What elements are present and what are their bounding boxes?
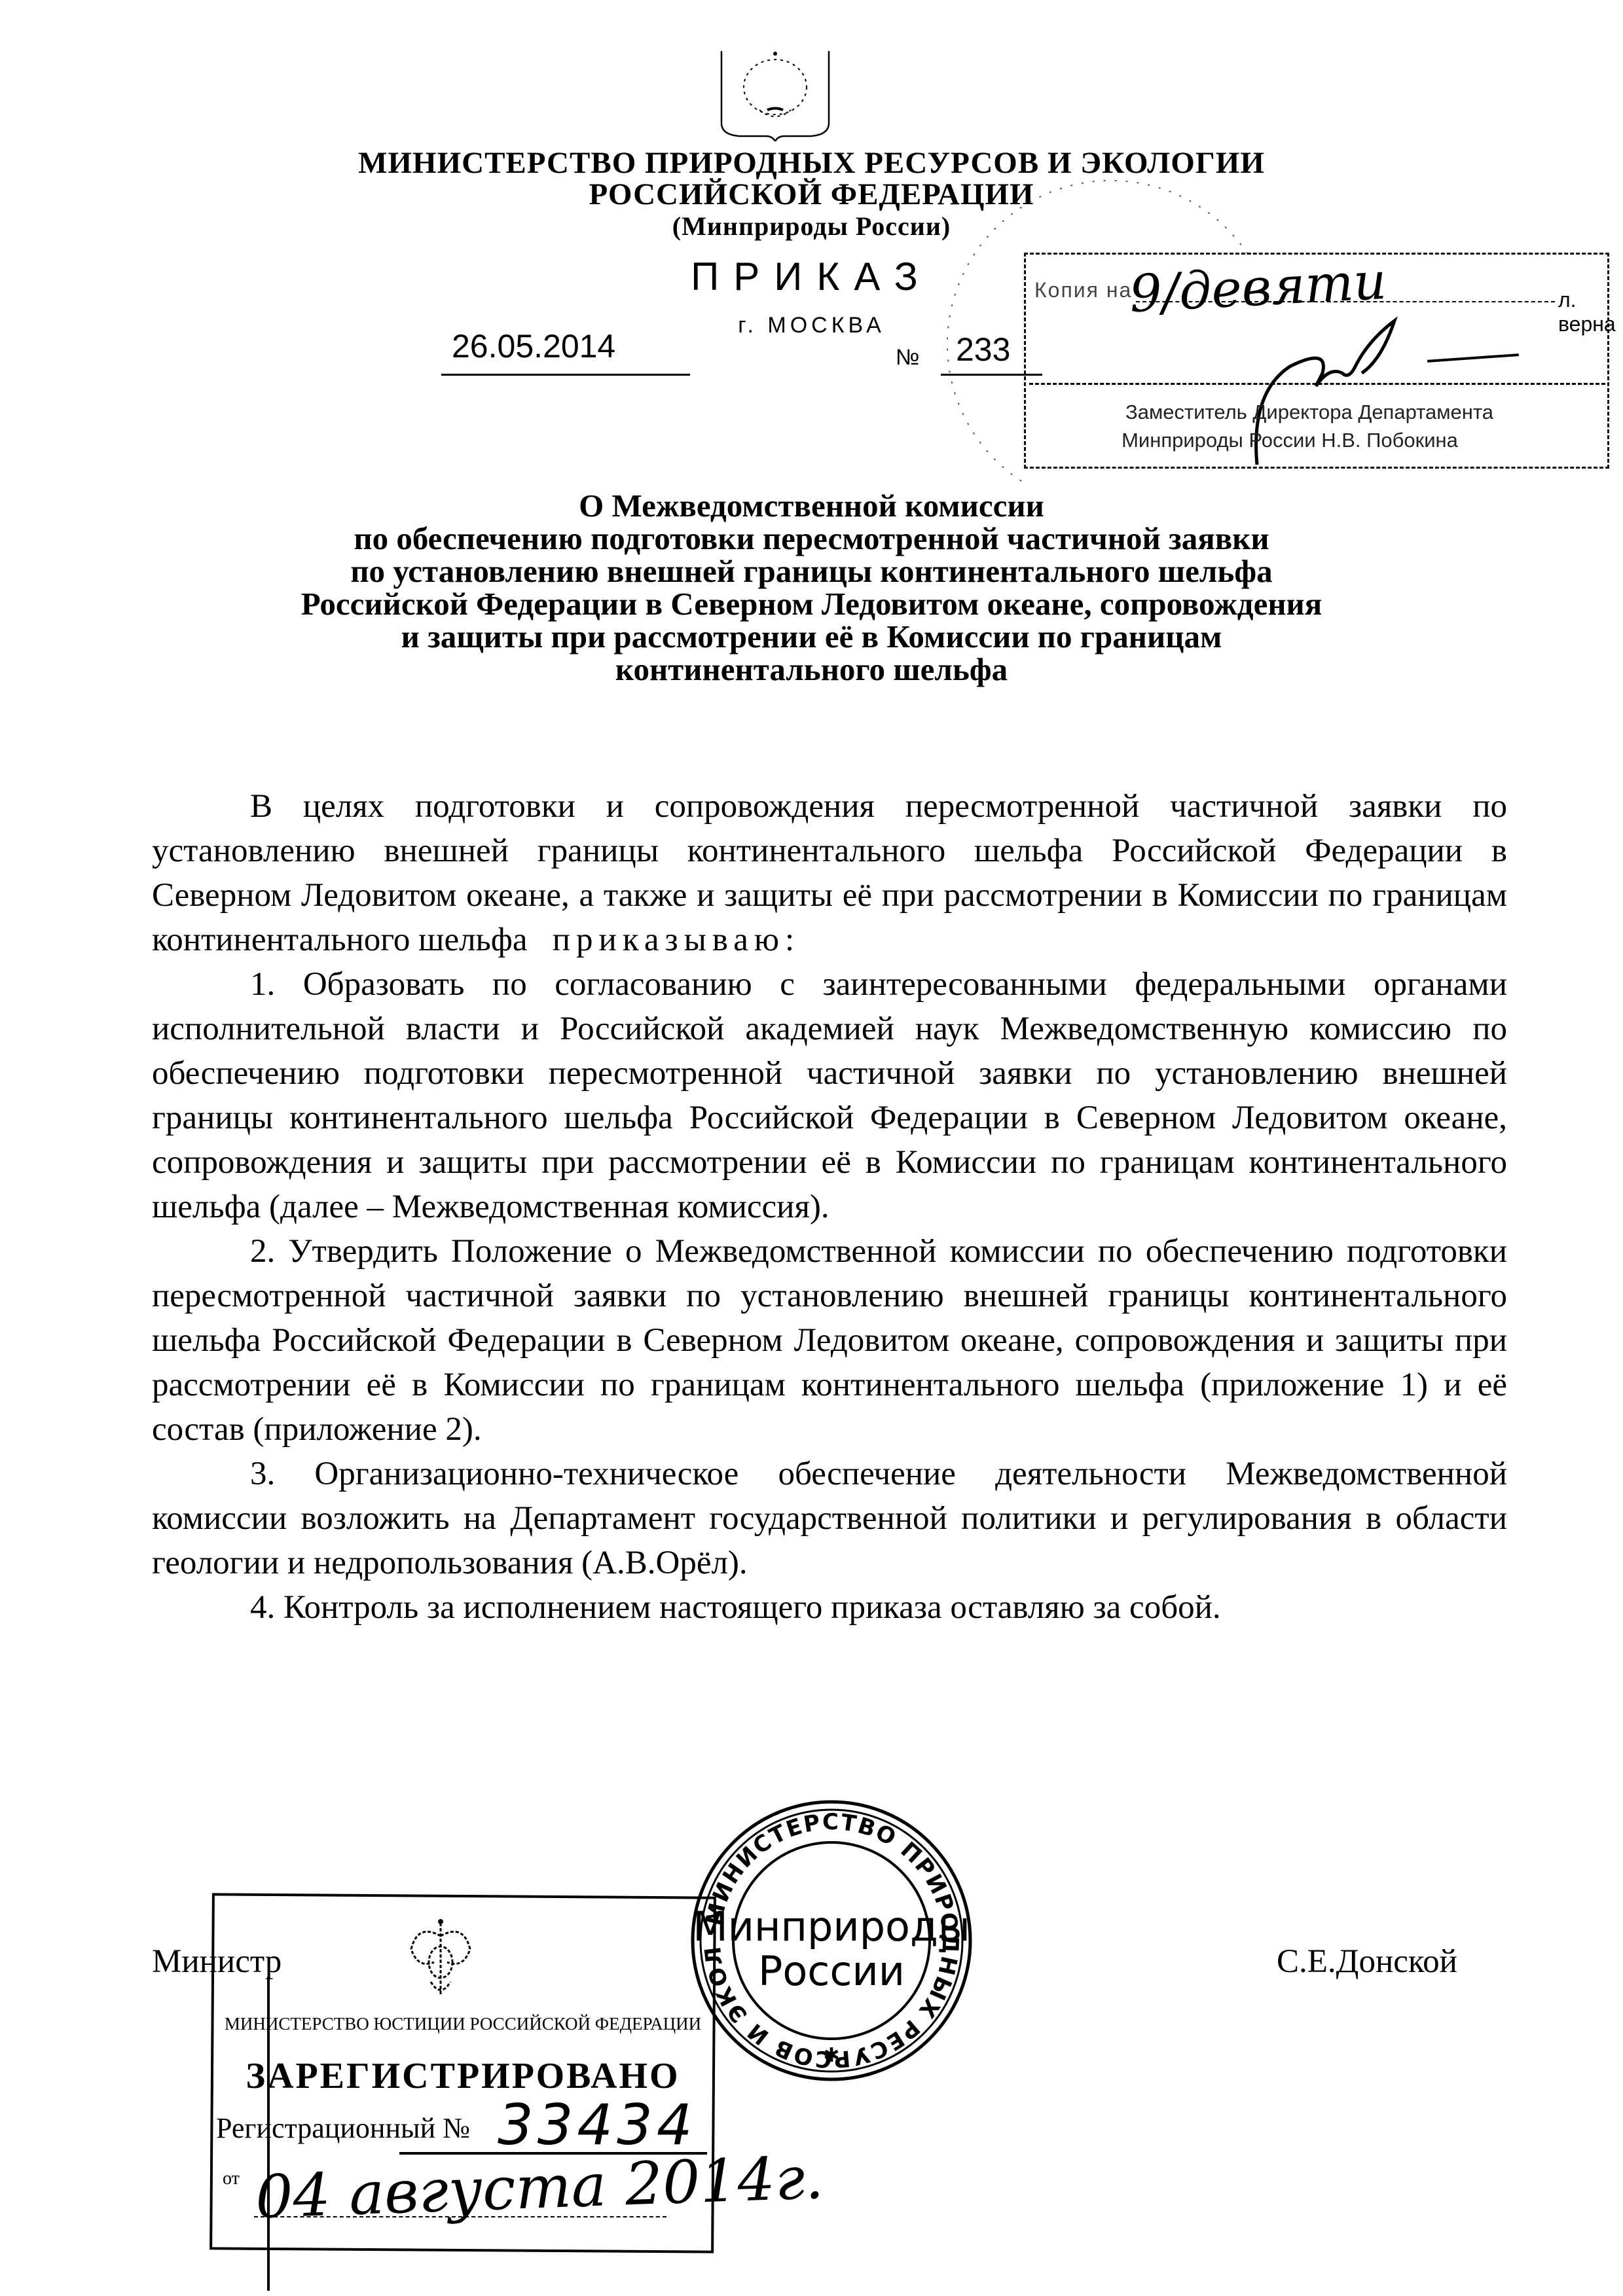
preamble-paragraph: В целях подготовки и сопровождения перес… xyxy=(152,784,1507,962)
seal-center-line1: Минприроды xyxy=(693,1903,970,1950)
certification-divider xyxy=(1029,383,1605,385)
ministry-short-name: (Минприроды России) xyxy=(0,211,1623,242)
registration-ministry: МИНИСТЕРСТВО ЮСТИЦИИ РОССИЙСКОЙ ФЕДЕРАЦИ… xyxy=(211,2014,715,2034)
title-line: Российской Федерации в Северном Ледовито… xyxy=(0,588,1623,620)
order-item-4: 4. Контроль за исполнением настоящего пр… xyxy=(152,1585,1507,1630)
title-line: и защиты при рассмотрении её в Комиссии … xyxy=(0,620,1623,653)
ministry-round-seal: МИНИСТЕРСТВО ПРИРОДНЫХ РЕСУРСОВ И ЭКОЛОГ… xyxy=(687,1797,976,2085)
order-item-3: 3. Организационно-техническое обеспечени… xyxy=(152,1452,1507,1585)
verified-label: л. верна xyxy=(1558,288,1623,336)
date-underline xyxy=(441,374,690,376)
number-sign: № xyxy=(896,345,919,370)
order-item-2: 2. Утвердить Положение о Межведомственно… xyxy=(152,1229,1507,1452)
document-title: О Межведомственной комиссии по обеспечен… xyxy=(0,490,1623,686)
coat-of-arms-emblem xyxy=(720,25,830,141)
registration-number-label: Регистрационный № xyxy=(216,2111,470,2145)
certifier-position: Заместитель Директора Департамента xyxy=(1034,401,1584,424)
title-line: по установлению внешней границы континен… xyxy=(0,555,1623,588)
registration-title: ЗАРЕГИСТРИРОВАНО xyxy=(211,2055,715,2097)
document-body: В целях подготовки и сопровождения перес… xyxy=(152,784,1507,1630)
title-line: по обеспечению подготовки пересмотренной… xyxy=(0,522,1623,555)
ministry-name-line1: МИНИСТЕРСТВО ПРИРОДНЫХ РЕСУРСОВ И ЭКОЛОГ… xyxy=(0,145,1623,181)
order-item-1: 1. Образовать по согласованию с заинтере… xyxy=(152,962,1507,1229)
registration-number: 33434 xyxy=(498,2092,697,2158)
double-headed-eagle-icon xyxy=(405,1916,477,2001)
registration-date-underline xyxy=(254,2216,666,2217)
copy-line xyxy=(1136,301,1555,302)
order-word: приказываю: xyxy=(553,922,800,958)
certifier-name: Минприроды России Н.В. Побокина xyxy=(1034,429,1545,452)
order-date: 26.05.2014 xyxy=(452,327,615,365)
ministry-name-line2: РОССИЙСКОЙ ФЕДЕРАЦИИ xyxy=(0,177,1623,212)
title-line: О Межведомственной комиссии xyxy=(0,490,1623,522)
registration-date-prefix: от xyxy=(223,2168,240,2189)
svg-text:✱: ✱ xyxy=(823,2044,839,2067)
preamble-text: В целях подготовки и сопровождения перес… xyxy=(152,788,1507,958)
signatory-name: С.Е.Донской xyxy=(1277,1943,1457,1981)
copy-label: Копия на xyxy=(1034,278,1132,302)
title-line: континентального шельфа xyxy=(0,653,1623,686)
seal-center-line2: России xyxy=(758,1947,905,1995)
